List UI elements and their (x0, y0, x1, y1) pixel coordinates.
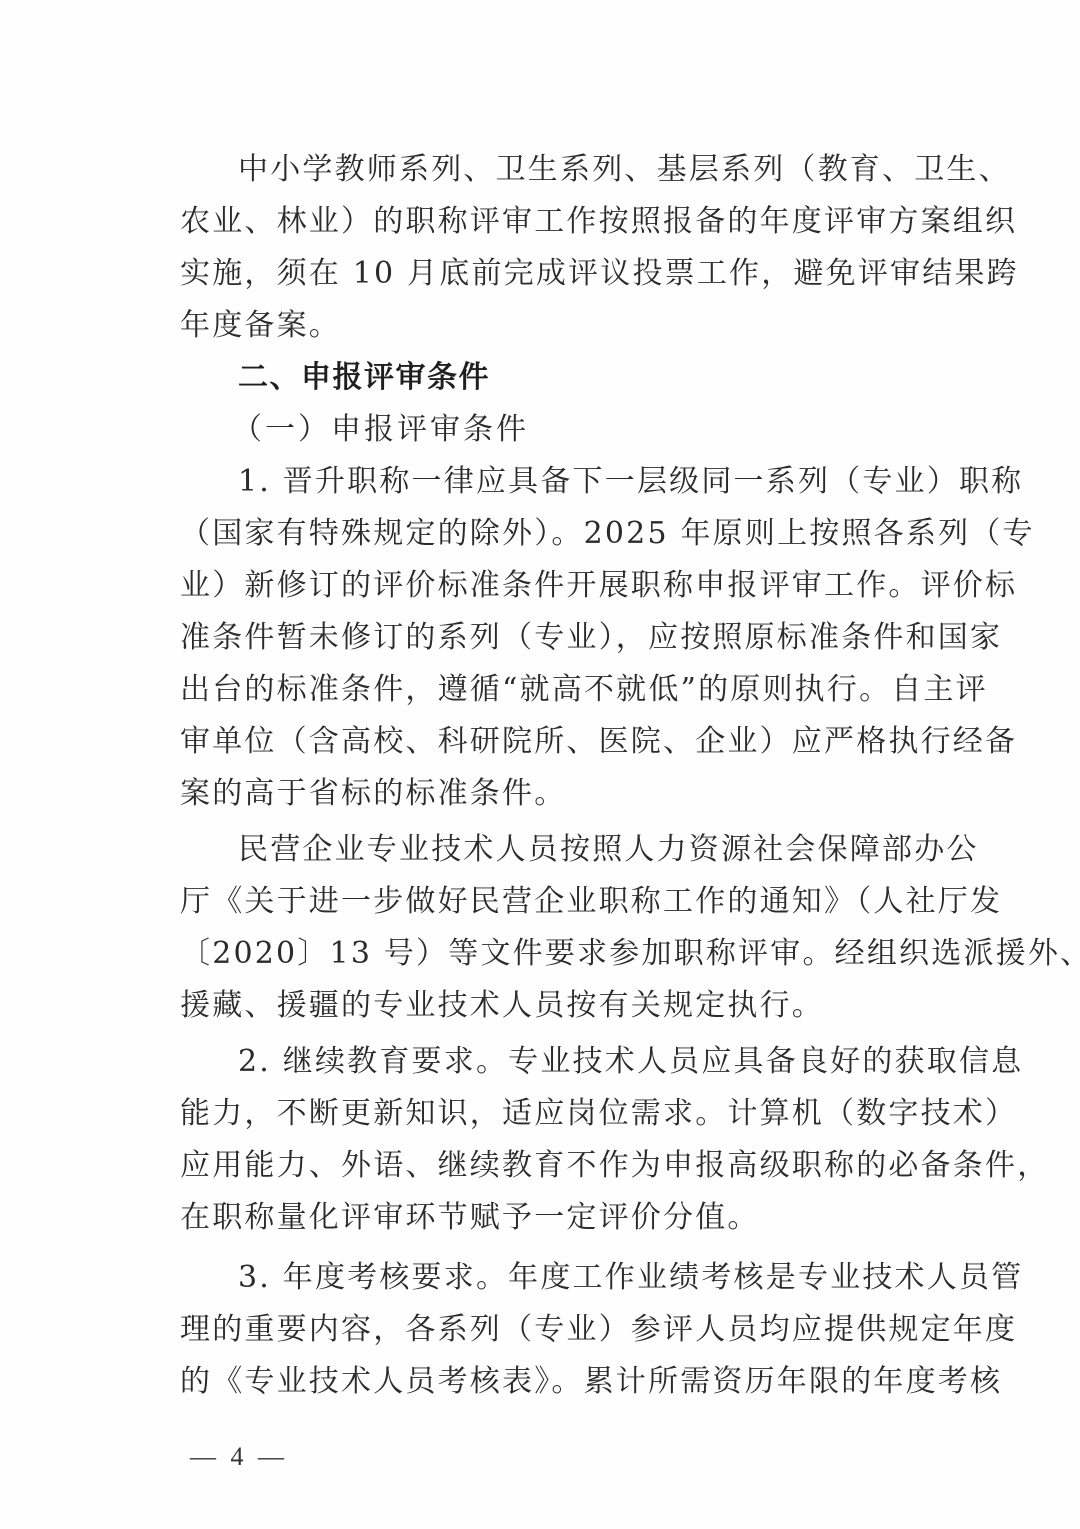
item3-line: 理的重要内容，各系列（专业）参评人员均应提供规定年度 (180, 1310, 940, 1350)
item3-line: 的《专业技术人员考核表》。累计所需资历年限的年度考核 (180, 1362, 940, 1402)
item1-line: 案的高于省标的标准条件。 (180, 774, 940, 814)
item1-line: 业）新修订的评价标准条件开展职称申报评审工作。评价标 (180, 566, 940, 606)
private-enterprise-line: 民营企业专业技术人员按照人力资源社会保障部办公 (238, 830, 938, 870)
page-number: — 4 — (190, 1440, 288, 1474)
item2-line: 2. 继续教育要求。专业技术人员应具备良好的获取信息 (238, 1042, 938, 1082)
paragraph-line: 年度备案。 (180, 306, 940, 346)
paragraph-line: 中小学教师系列、卫生系列、基层系列（教育、卫生、 (238, 150, 938, 190)
item2-line: 应用能力、外语、继续教育不作为申报高级职称的必备条件， (180, 1146, 940, 1186)
item1-line: 准条件暂未修订的系列（专业），应按照原标准条件和国家 (180, 618, 940, 658)
section-heading: 二、申报评审条件 (238, 358, 938, 398)
item2-line: 在职称量化评审环节赋予一定评价分值。 (180, 1198, 940, 1238)
item3-line: 3. 年度考核要求。年度工作业绩考核是专业技术人员管 (238, 1258, 938, 1298)
item1-line: （国家有特殊规定的除外）。2025 年原则上按照各系列（专 (180, 514, 940, 554)
subsection-heading: （一）申报评审条件 (232, 410, 932, 450)
paragraph-line: 农业、林业）的职称评审工作按照报备的年度评审方案组织 (180, 202, 940, 242)
paragraph-line: 实施，须在 10 月底前完成评议投票工作，避免评审结果跨 (180, 254, 940, 294)
item2-line: 能力，不断更新知识，适应岗位需求。计算机（数字技术） (180, 1094, 940, 1134)
private-enterprise-line: 援藏、援疆的专业技术人员按有关规定执行。 (180, 986, 940, 1026)
document-page: 中小学教师系列、卫生系列、基层系列（教育、卫生、 农业、林业）的职称评审工作按照… (0, 0, 1080, 1529)
private-enterprise-line: 厅《关于进一步做好民营企业职称工作的通知》（人社厅发 (180, 882, 940, 922)
item1-line: 出台的标准条件，遵循“就高不就低”的原则执行。自主评 (180, 670, 940, 710)
private-enterprise-line: 〔2020〕13 号）等文件要求参加职称评审。经组织选派援外、 (180, 934, 940, 974)
item1-line: 1. 晋升职称一律应具备下一层级同一系列（专业）职称 (238, 462, 938, 502)
item1-line: 审单位（含高校、科研院所、医院、企业）应严格执行经备 (180, 722, 940, 762)
